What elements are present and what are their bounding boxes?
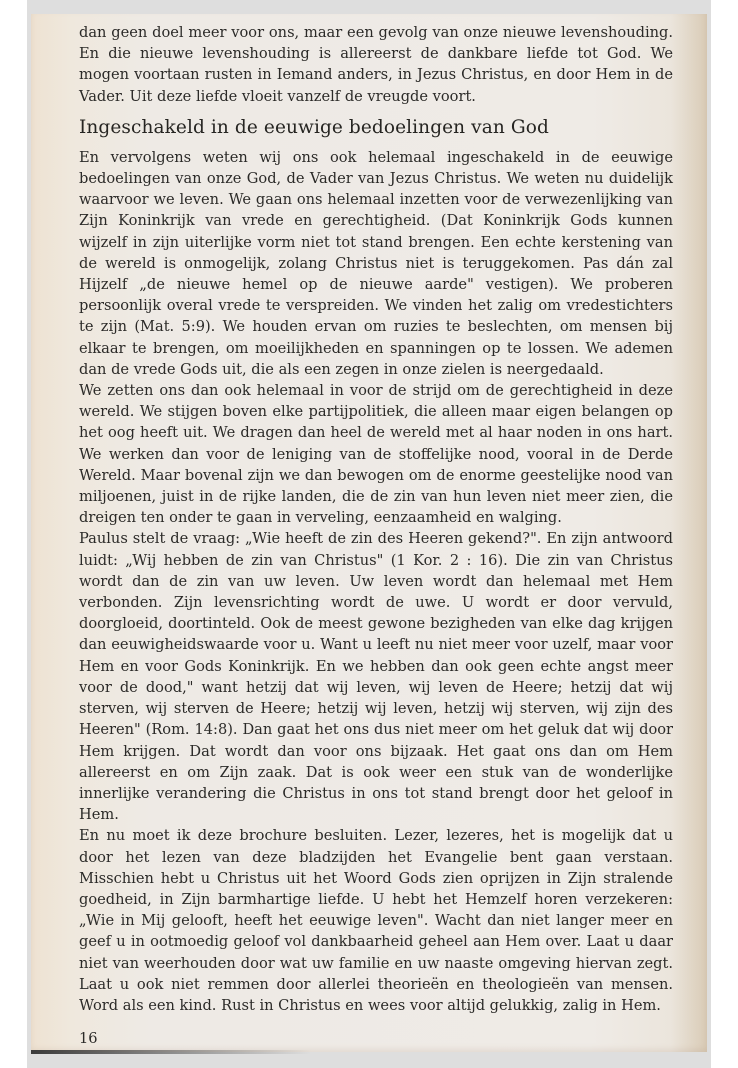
body-paragraph-1: En vervolgens weten wij ons ook helemaal… <box>79 147 673 380</box>
page-content: dan geen doel meer voor ons, maar een ge… <box>79 22 673 1049</box>
body-paragraph-3: Paulus stelt de vraag: „Wie heeft de zin… <box>79 528 673 825</box>
page-bottom-edge-shadow <box>31 1050 311 1054</box>
intro-paragraph: dan geen doel meer voor ons, maar een ge… <box>79 22 673 107</box>
page-number: 16 <box>79 1028 673 1049</box>
section-heading: Ingeschakeld in de eeuwige bedoelingen v… <box>79 116 673 140</box>
body-paragraph-2: We zetten ons dan ook helemaal in voor d… <box>79 380 673 528</box>
body-paragraph-4: En nu moet ik deze brochure besluiten. L… <box>79 825 673 1016</box>
